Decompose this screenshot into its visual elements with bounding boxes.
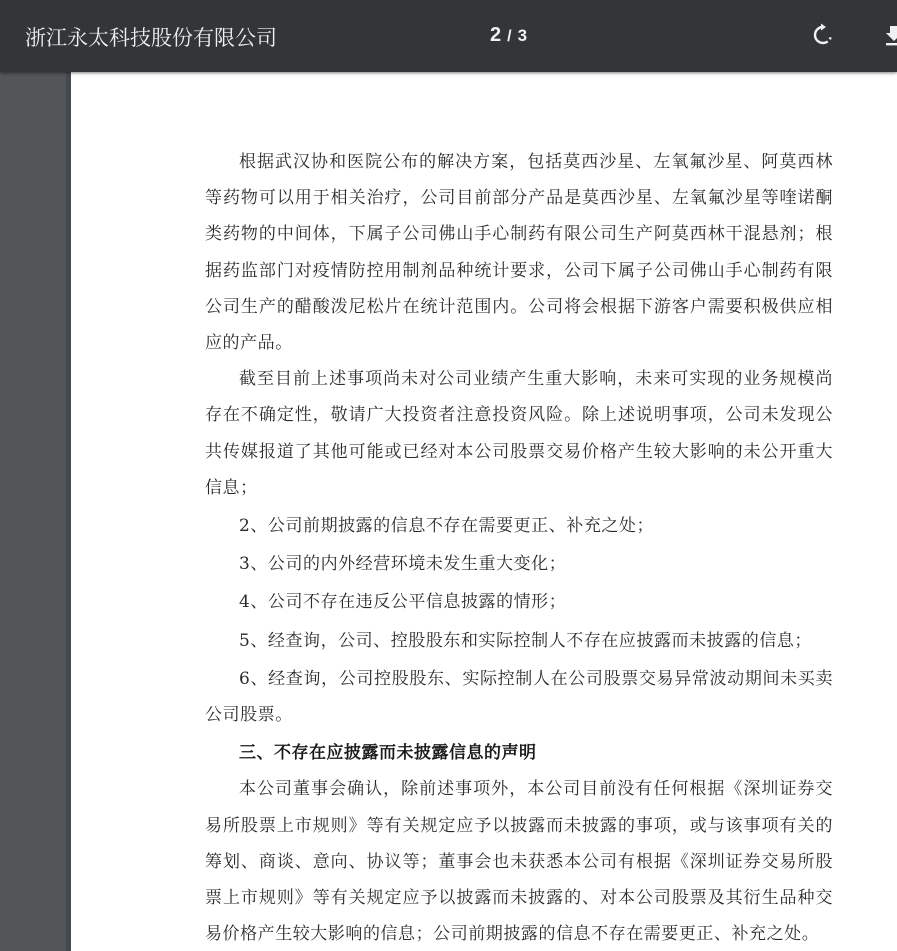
page-indicator: 2/3 [490, 24, 527, 47]
download-button[interactable] [881, 22, 897, 48]
section-heading: 三、不存在应披露而未披露信息的声明 [205, 735, 833, 771]
document-title: 浙江永太科技股份有限公司 [25, 22, 277, 52]
page-content: 根据武汉协和医院公布的解决方案，包括莫西沙星、左氧氟沙星、阿莫西林等药物可以用于… [205, 144, 833, 951]
rotate-button[interactable] [810, 22, 836, 48]
list-item-6: 6、经查询，公司控股股东、实际控制人在公司股票交易异常波动期间未买卖公司股票。 [205, 661, 833, 733]
rotate-clockwise-icon [810, 22, 836, 48]
download-icon [881, 22, 897, 48]
list-item-3: 3、公司的内外经营环境未发生重大变化； [205, 546, 833, 582]
list-item-5: 5、经查询，公司、控股股东和实际控制人不存在应披露而未披露的信息； [205, 623, 833, 659]
page-separator: / [507, 28, 511, 45]
paragraph-board-statement: 本公司董事会确认，除前述事项外，本公司目前没有任何根据《深圳证券交易所股票上市规… [205, 771, 833, 951]
pdf-toolbar: 浙江永太科技股份有限公司 2/3 [0, 0, 897, 72]
total-pages: 3 [518, 26, 527, 45]
current-page[interactable]: 2 [490, 24, 501, 46]
paragraph-impact-risk: 截至目前上述事项尚未对公司业绩产生重大影响，未来可实现的业务规模尚存在不确定性，… [205, 361, 833, 506]
list-item-2: 2、公司前期披露的信息不存在需要更正、补充之处； [205, 508, 833, 544]
list-item-4: 4、公司不存在违反公平信息披露的情形； [205, 584, 833, 620]
pdf-page: 根据武汉协和医院公布的解决方案，包括莫西沙星、左氧氟沙星、阿莫西林等药物可以用于… [71, 72, 897, 951]
viewer-background [0, 72, 68, 951]
paragraph-treatment-plan: 根据武汉协和医院公布的解决方案，包括莫西沙星、左氧氟沙星、阿莫西林等药物可以用于… [205, 144, 833, 361]
